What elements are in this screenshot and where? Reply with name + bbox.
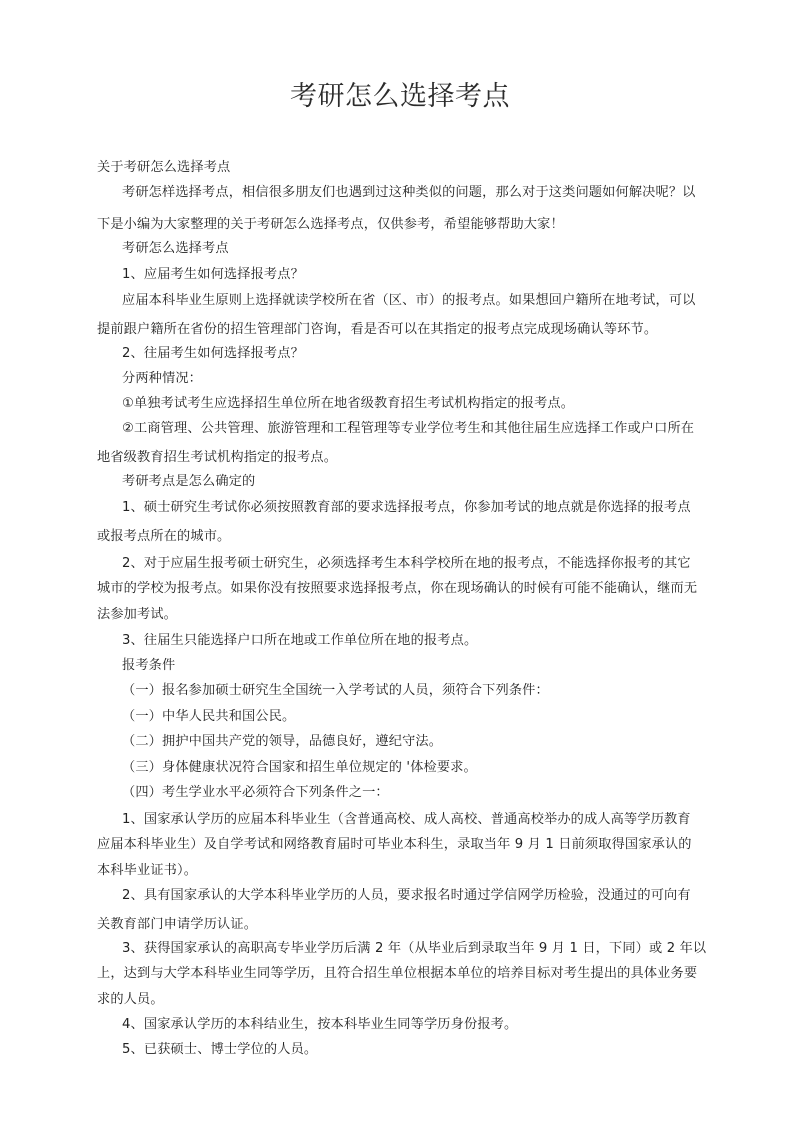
text-line: 提前跟户籍所在省份的招生管理部门咨询，看是否可以在其指定的报考点完成现场确认等环…: [97, 318, 707, 337]
text-line: 地省级教育招生考试机构指定的报考点。: [97, 446, 707, 465]
text-line: 报考条件: [122, 654, 732, 673]
text-line: 关于考研怎么选择考点: [97, 156, 707, 175]
text-line: 应届本科毕业生原则上选择就读学校所在省（区、市）的报考点。如果想回户籍所在地考试…: [122, 289, 732, 308]
text-line: 下是小编为大家整理的关于考研怎么选择考点，仅供参考，希望能够帮助大家！: [97, 213, 707, 232]
text-line: 或报考点所在的城市。: [97, 525, 707, 544]
text-line: 求的人员。: [97, 988, 707, 1007]
text-line: 3、获得国家承认的高职高专毕业学历后满 2 年（从毕业后到录取当年 9 月 1 …: [122, 937, 732, 956]
text-line: 2、具有国家承认的大学本科毕业学历的人员，要求报名时通过学信网学历检验，没通过的…: [122, 884, 732, 903]
text-line: 法参加考试。: [97, 603, 707, 622]
text-line: ②工商管理、公共管理、旅游管理和工程管理等专业学位考生和其他往届生应选择工作或户…: [122, 417, 732, 436]
text-line: 城市的学校为报考点。如果你没有按照要求选择报考点，你在现场确认的时候有可能不能确…: [97, 577, 707, 596]
text-line: 分两种情况：: [122, 367, 732, 386]
text-line: 考研怎样选择考点，相信很多朋友们也遇到过这种类似的问题，那么对于这类问题如何解决…: [122, 181, 732, 200]
text-line: 4、国家承认学历的本科结业生，按本科毕业生同等学历身份报考。: [122, 1013, 732, 1032]
text-line: （一）中华人民共和国公民。: [122, 705, 732, 724]
text-line: 应届本科毕业生）及自学考试和网络教育届时可毕业本科生，录取当年 9 月 1 日前…: [97, 833, 707, 852]
text-line: 考研考点是怎么确定的: [122, 470, 732, 489]
text-line: 1、硕士研究生考试你必须按照教育部的要求选择报考点，你参加考试的地点就是你选择的…: [122, 496, 732, 515]
text-line: （一）报名参加硕士研究生全国统一入学考试的人员，须符合下列条件：: [122, 679, 732, 698]
text-line: 3、往届生只能选择户口所在地或工作单位所在地的报考点。: [122, 629, 732, 648]
text-line: 本科毕业证书）。: [97, 859, 707, 878]
text-line: 2、对于应届生报考硕士研究生，必须选择考生本科学校所在地的报考点，不能选择你报考…: [122, 552, 732, 571]
text-line: （四）考生学业水平必须符合下列条件之一：: [122, 781, 732, 800]
page-title: 考研怎么选择考点: [0, 74, 800, 113]
text-line: 上，达到与大学本科毕业生同等学历，且符合招生单位根据本单位的培养目标对考生提出的…: [97, 962, 707, 981]
text-line: 5、已获硕士、博士学位的人员。: [122, 1038, 732, 1057]
text-line: （三）身体健康状况符合国家和招生单位规定的 '体检要求。: [122, 756, 732, 775]
text-line: 1、应届考生如何选择报考点？: [122, 263, 732, 282]
text-line: 关教育部门申请学历认证。: [97, 913, 707, 932]
text-line: （二）拥护中国共产党的领导，品德良好，遵纪守法。: [122, 730, 732, 749]
text-line: ①单独考试考生应选择招生单位所在地省级教育招生考试机构指定的报考点。: [122, 392, 732, 411]
text-line: 考研怎么选择考点: [122, 237, 732, 256]
text-line: 2、往届考生如何选择报考点？: [122, 342, 732, 361]
text-line: 1、国家承认学历的应届本科毕业生（含普通高校、成人高校、普通高校举办的成人高等学…: [122, 808, 732, 827]
